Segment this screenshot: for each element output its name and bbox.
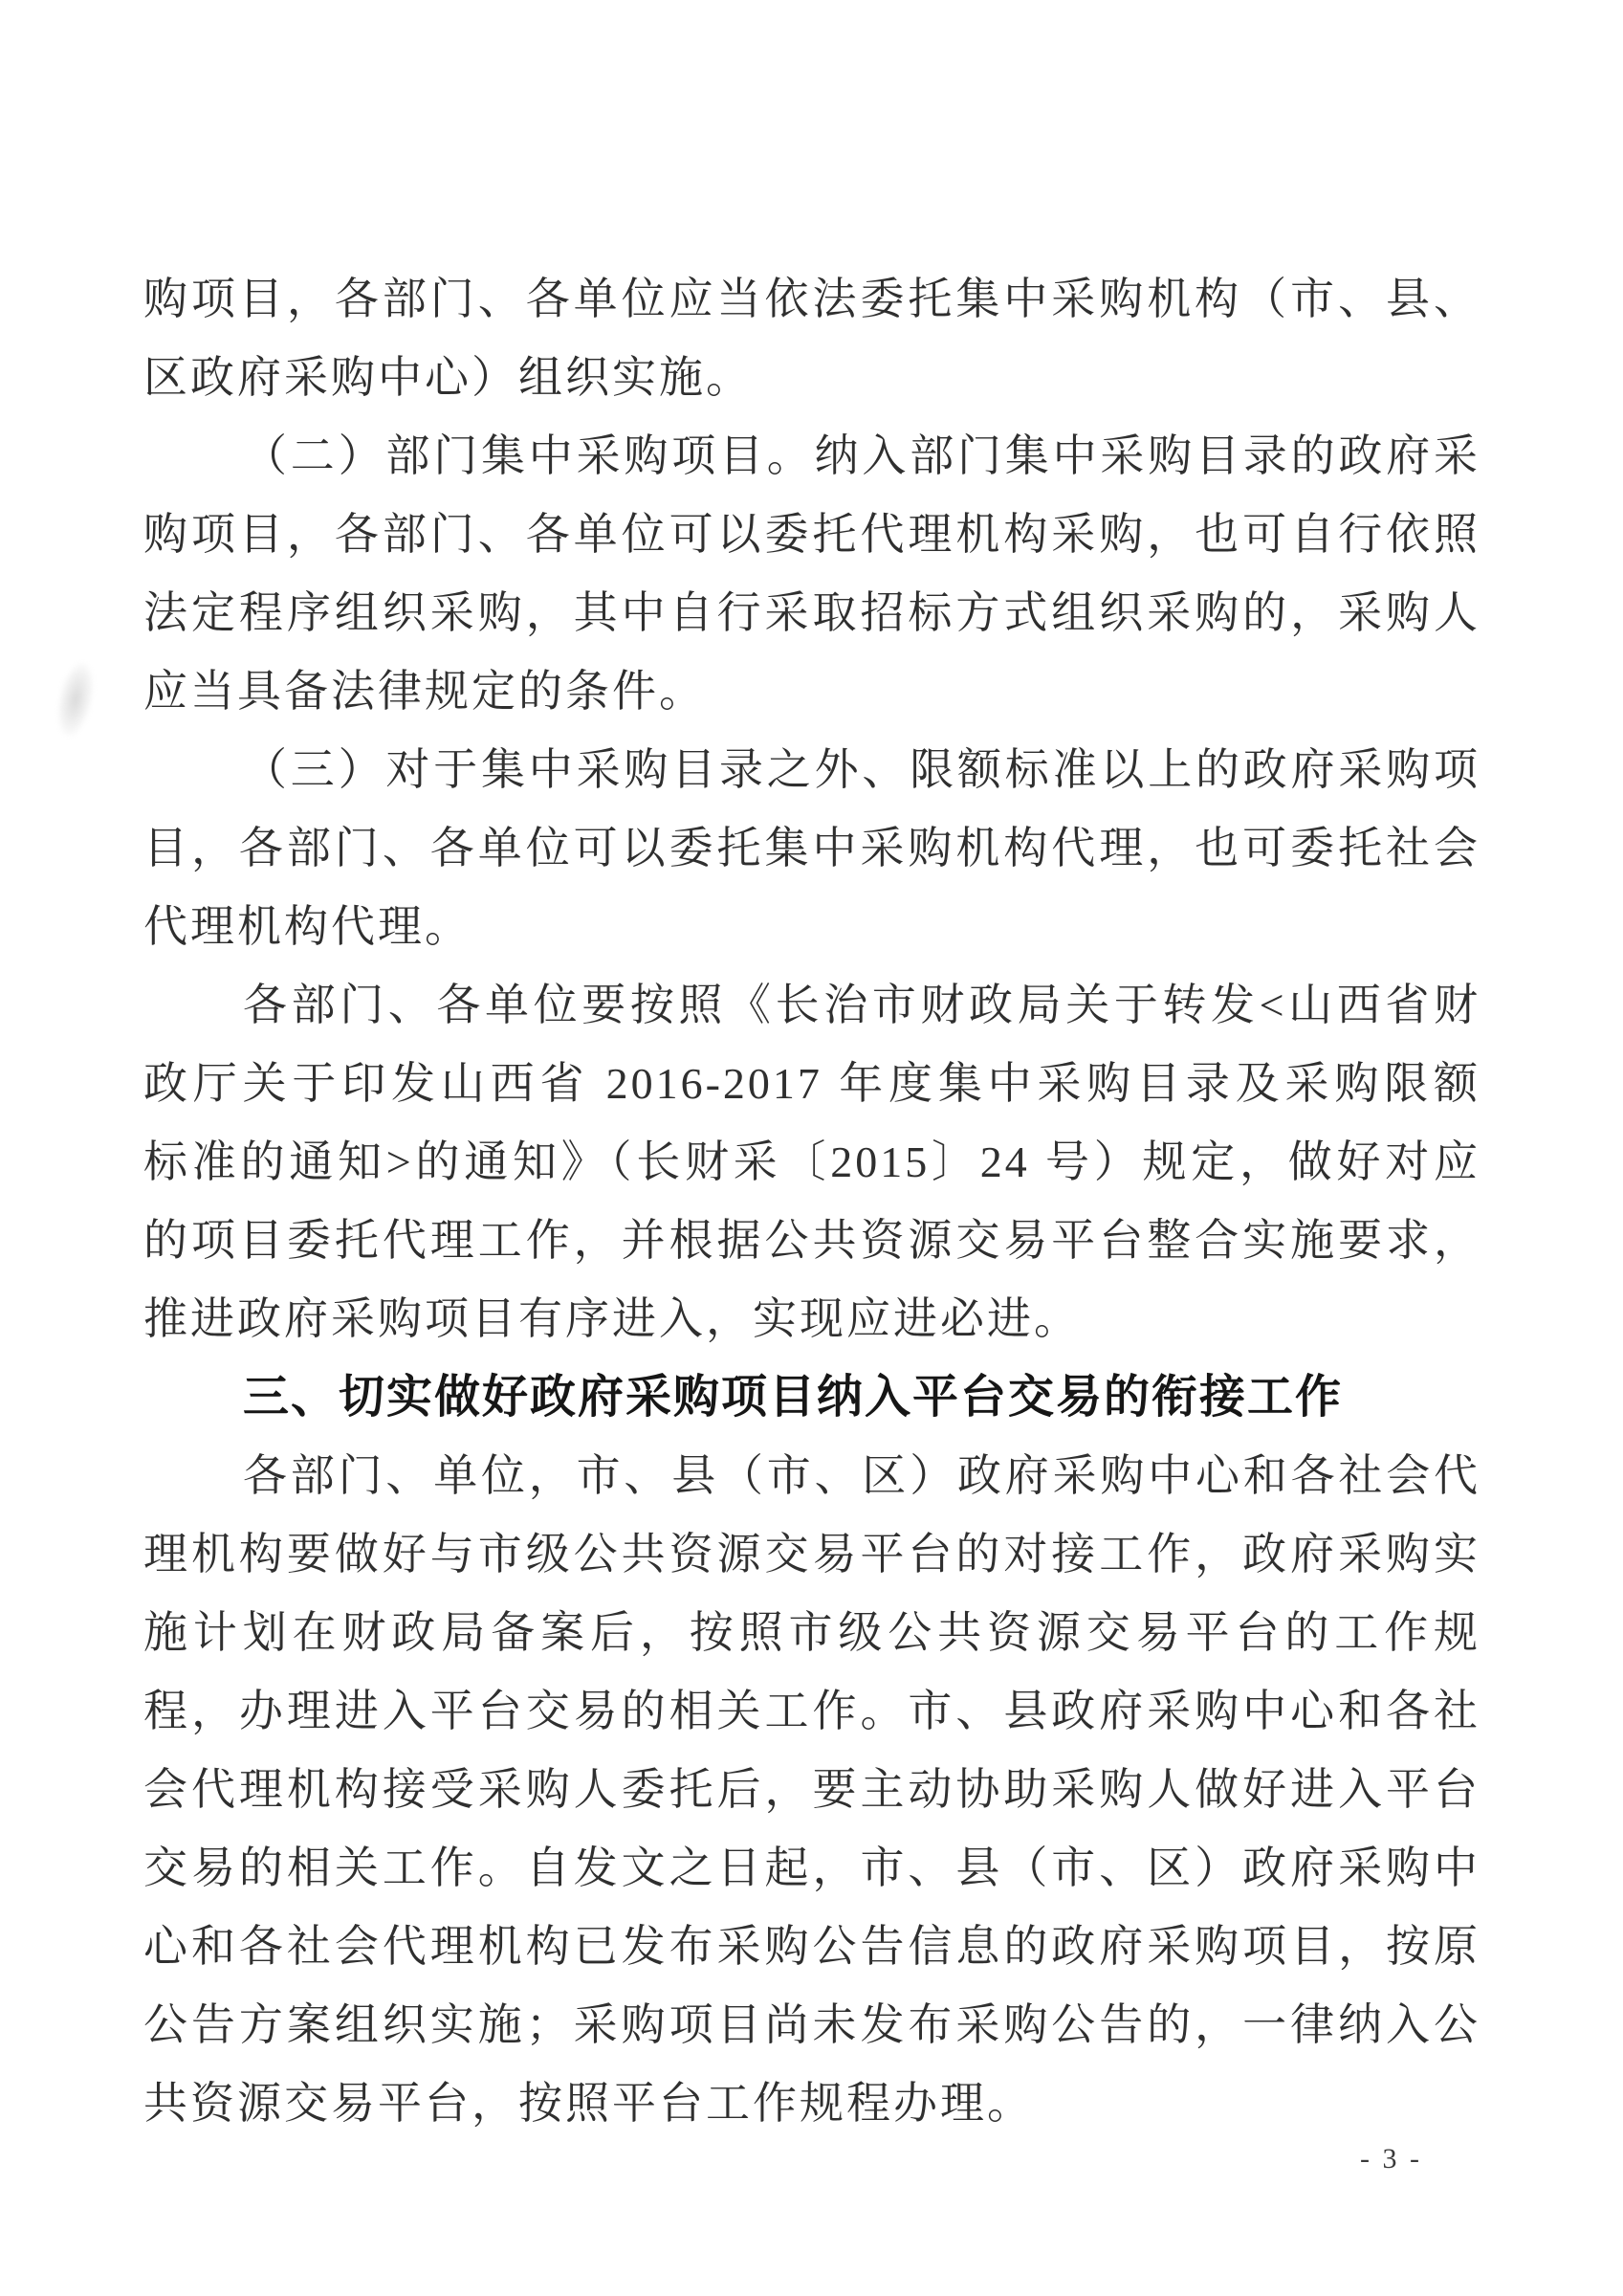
text-line: 法定程序组织采购，其中自行采取招标方式组织采购的，采购人 [143,574,1480,652]
text-line: 购项目，各部门、各单位可以委托代理机构采购，也可自行依照 [143,496,1480,574]
document-body: 购项目，各部门、各单位应当依法委托集中采购机构（市、县、区政府采购中心）组织实施… [143,260,1480,2143]
text-line: 会代理机构接受采购人委托后，要主动协助采购人做好进入平台 [143,1751,1480,1829]
text-line: 心和各社会代理机构已发布采购公告信息的政府采购项目，按原 [143,1908,1480,1986]
text-line: 各部门、单位，市、县（市、区）政府采购中心和各社会代 [143,1437,1480,1515]
text-line: 代理机构代理。 [143,888,1480,966]
text-line: 各部门、各单位要按照《长治市财政局关于转发<山西省财 [143,966,1480,1045]
text-line: 区政府采购中心）组织实施。 [143,339,1480,417]
text-line: 程，办理进入平台交易的相关工作。市、县政府采购中心和各社 [143,1672,1480,1751]
text-line: （三）对于集中采购目录之外、限额标准以上的政府采购项 [143,731,1480,809]
text-line: 应当具备法律规定的条件。 [143,652,1480,731]
text-line: 理机构要做好与市级公共资源交易平台的对接工作，政府采购实 [143,1515,1480,1594]
text-line: 公告方案组织实施；采购项目尚未发布采购公告的，一律纳入公 [143,1986,1480,2064]
text-line: 推进政府采购项目有序进入，实现应进必进。 [143,1280,1480,1358]
text-line: 标准的通知>的通知》（长财采〔2015〕24 号）规定，做好对应 [143,1123,1480,1202]
text-line: 购项目，各部门、各单位应当依法委托集中采购机构（市、县、 [143,260,1480,339]
text-line: 目，各部门、各单位可以委托集中采购机构代理，也可委托社会 [143,809,1480,888]
text-line: 政厅关于印发山西省 2016-2017 年度集中采购目录及采购限额 [143,1045,1480,1123]
text-line: 交易的相关工作。自发文之日起，市、县（市、区）政府采购中 [143,1829,1480,1908]
text-line: 施计划在财政局备案后，按照市级公共资源交易平台的工作规 [143,1594,1480,1672]
text-line: （二）部门集中采购项目。纳入部门集中采购目录的政府采 [143,417,1480,496]
page-number: - 3 - [1360,2143,1422,2175]
text-line: 的项目委托代理工作，并根据公共资源交易平台整合实施要求， [143,1202,1480,1280]
section-heading: 三、切实做好政府采购项目纳入平台交易的衔接工作 [143,1358,1480,1437]
text-line: 共资源交易平台，按照平台工作规程办理。 [143,2064,1480,2143]
document-page: 购项目，各部门、各单位应当依法委托集中采购机构（市、县、区政府采购中心）组织实施… [0,0,1623,2296]
scan-artifact [52,659,99,739]
